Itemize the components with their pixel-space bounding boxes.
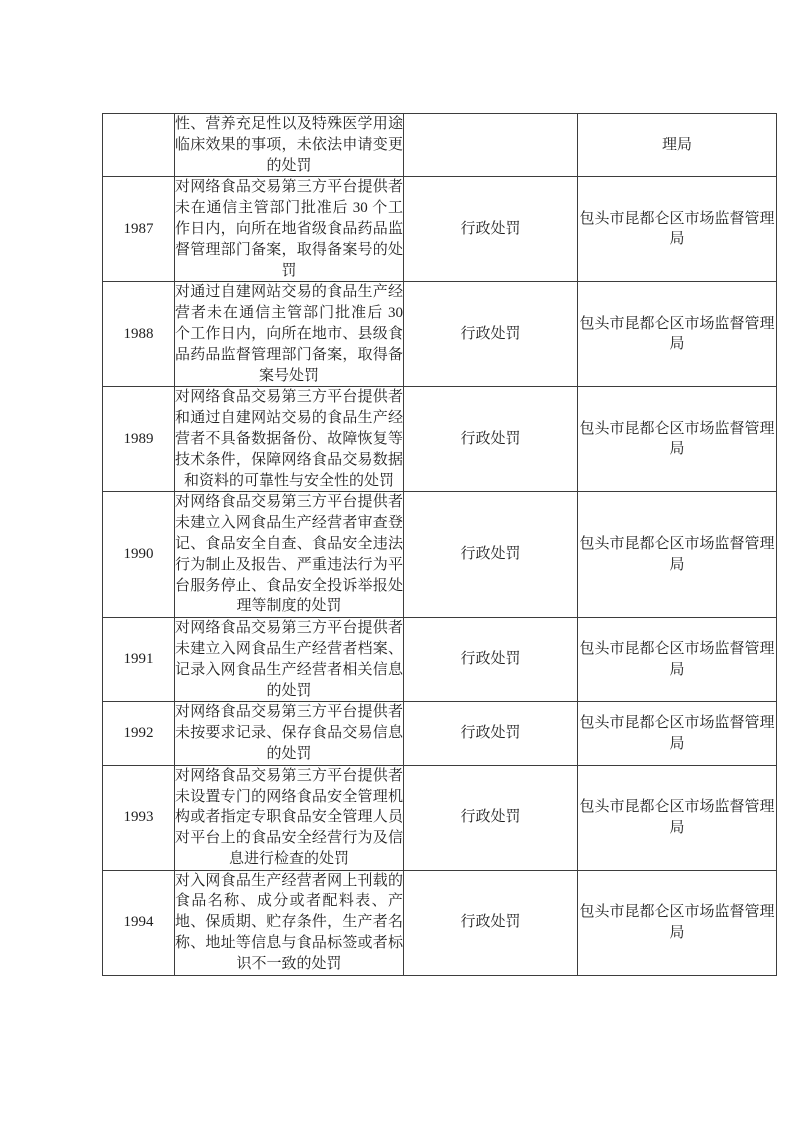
penalty-type-cell	[404, 114, 578, 177]
authority-cell: 包头市昆都仑区市场监督管理局	[578, 702, 777, 765]
authority-cell: 包头市昆都仑区市场监督管理局	[578, 870, 777, 975]
table-row: 1988对通过自建网站交易的食品生产经营者未在通信主管部门批准后 30 个工作日…	[103, 282, 777, 387]
authority-cell: 包头市昆都仑区市场监督管理局	[578, 177, 777, 282]
penalty-type-cell: 行政处罚	[404, 870, 578, 975]
penalty-type-cell: 行政处罚	[404, 387, 578, 492]
table-row: 1993对网络食品交易第三方平台提供者未设置专门的网络食品安全管理机构或者指定专…	[103, 765, 777, 870]
table-row: 1994对入网食品生产经营者网上刊载的食品名称、成分或者配料表、产地、保质期、贮…	[103, 870, 777, 975]
item-cell: 对网络食品交易第三方平台提供者和通过自建网站交易的食品生产经营者不具备数据备份、…	[175, 387, 404, 492]
penalty-type-cell: 行政处罚	[404, 702, 578, 765]
index-cell	[103, 114, 175, 177]
item-cell: 对网络食品交易第三方平台提供者未建立入网食品生产经营者档案、记录入网食品生产经营…	[175, 618, 404, 702]
penalty-type-cell: 行政处罚	[404, 618, 578, 702]
index-cell: 1989	[103, 387, 175, 492]
item-cell: 对通过自建网站交易的食品生产经营者未在通信主管部门批准后 30 个工作日内，向所…	[175, 282, 404, 387]
item-cell: 对网络食品交易第三方平台提供者未设置专门的网络食品安全管理机构或者指定专职食品安…	[175, 765, 404, 870]
document-page: 性、营养充足性以及特殊医学用途临床效果的事项，未依法申请变更的处罚理局1987对…	[0, 0, 793, 1122]
authority-cell: 理局	[578, 114, 777, 177]
penalty-type-cell: 行政处罚	[404, 492, 578, 618]
penalty-table-body: 性、营养充足性以及特殊医学用途临床效果的事项，未依法申请变更的处罚理局1987对…	[103, 114, 777, 976]
authority-cell: 包头市昆都仑区市场监督管理局	[578, 387, 777, 492]
penalty-type-cell: 行政处罚	[404, 765, 578, 870]
table-row: 性、营养充足性以及特殊医学用途临床效果的事项，未依法申请变更的处罚理局	[103, 114, 777, 177]
index-cell: 1994	[103, 870, 175, 975]
index-cell: 1990	[103, 492, 175, 618]
table-row: 1987对网络食品交易第三方平台提供者未在通信主管部门批准后 30 个工作日内，…	[103, 177, 777, 282]
index-cell: 1993	[103, 765, 175, 870]
index-cell: 1992	[103, 702, 175, 765]
table-row: 1991对网络食品交易第三方平台提供者未建立入网食品生产经营者档案、记录入网食品…	[103, 618, 777, 702]
penalty-type-cell: 行政处罚	[404, 282, 578, 387]
item-cell: 对网络食品交易第三方平台提供者未建立入网食品生产经营者审查登记、食品安全自查、食…	[175, 492, 404, 618]
item-cell: 性、营养充足性以及特殊医学用途临床效果的事项，未依法申请变更的处罚	[175, 114, 404, 177]
table-row: 1990对网络食品交易第三方平台提供者未建立入网食品生产经营者审查登记、食品安全…	[103, 492, 777, 618]
authority-cell: 包头市昆都仑区市场监督管理局	[578, 618, 777, 702]
index-cell: 1991	[103, 618, 175, 702]
index-cell: 1987	[103, 177, 175, 282]
authority-cell: 包头市昆都仑区市场监督管理局	[578, 765, 777, 870]
penalty-table: 性、营养充足性以及特殊医学用途临床效果的事项，未依法申请变更的处罚理局1987对…	[102, 113, 777, 976]
index-cell: 1988	[103, 282, 175, 387]
item-cell: 对网络食品交易第三方平台提供者未在通信主管部门批准后 30 个工作日内，向所在地…	[175, 177, 404, 282]
table-row: 1992对网络食品交易第三方平台提供者未按要求记录、保存食品交易信息的处罚行政处…	[103, 702, 777, 765]
penalty-type-cell: 行政处罚	[404, 177, 578, 282]
authority-cell: 包头市昆都仑区市场监督管理局	[578, 282, 777, 387]
item-cell: 对入网食品生产经营者网上刊载的食品名称、成分或者配料表、产地、保质期、贮存条件，…	[175, 870, 404, 975]
item-cell: 对网络食品交易第三方平台提供者未按要求记录、保存食品交易信息的处罚	[175, 702, 404, 765]
table-row: 1989对网络食品交易第三方平台提供者和通过自建网站交易的食品生产经营者不具备数…	[103, 387, 777, 492]
authority-cell: 包头市昆都仑区市场监督管理局	[578, 492, 777, 618]
